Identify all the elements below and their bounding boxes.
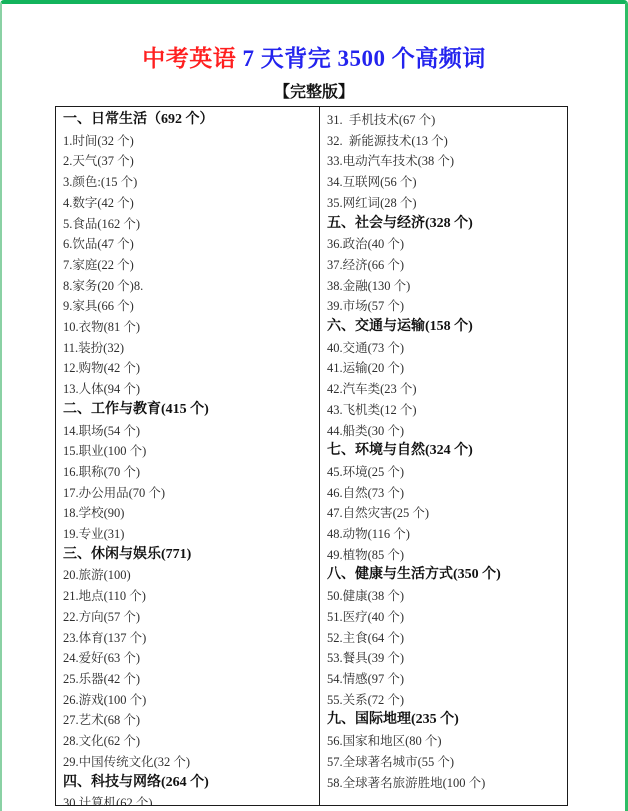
list-item: 55.关系(72 个): [327, 690, 563, 711]
list-item: 25.乐器(42 个): [63, 669, 315, 690]
table-column-left: 一、日常生活（692 个）1.时间(32 个)2.天气(37 个)3.颜色:(1…: [56, 107, 319, 805]
section-header: 九、国际地理(235 个): [327, 710, 563, 731]
list-item: 19.专业(31): [63, 524, 315, 545]
list-item: 37.经济(66 个): [327, 255, 563, 276]
list-item: 8.家务(20 个)8.: [63, 276, 315, 297]
list-item: 34.互联网(56 个): [327, 172, 563, 193]
list-item: 40.交通(73 个): [327, 338, 563, 359]
list-item: 33.电动汽车技术(38 个): [327, 151, 563, 172]
list-item: 31. 手机技术(67 个): [327, 110, 563, 131]
list-item: 20.旅游(100): [63, 565, 315, 586]
list-item: 57.全球著名城市(55 个): [327, 752, 563, 773]
list-item: 48.动物(116 个): [327, 524, 563, 545]
list-item: 6.饮品(47 个): [63, 234, 315, 255]
list-item: 47.自然灾害(25 个): [327, 503, 563, 524]
document-subtitle: 【完整版】: [0, 79, 628, 102]
list-item: 17.办公用品(70 个): [63, 483, 315, 504]
list-item: 46.自然(73 个): [327, 483, 563, 504]
list-item: 9.家具(66 个): [63, 296, 315, 317]
list-item: 14.职场(54 个): [63, 421, 315, 442]
section-header: 三、休闲与娱乐(771): [63, 545, 315, 566]
list-item: 3.颜色:(15 个): [63, 172, 315, 193]
list-item: 41.运输(20 个): [327, 358, 563, 379]
list-item: 30.计算机(62 个): [63, 793, 315, 805]
list-item: 56.国家和地区(80 个): [327, 731, 563, 752]
section-header: 一、日常生活（692 个）: [63, 110, 315, 131]
list-item: 12.购物(42 个): [63, 358, 315, 379]
list-item: 38.金融(130 个): [327, 276, 563, 297]
list-item: 39.市场(57 个): [327, 296, 563, 317]
list-item: 7.家庭(22 个): [63, 255, 315, 276]
list-item: 29.中国传统文化(32 个): [63, 752, 315, 773]
list-item: 49.植物(85 个): [327, 545, 563, 566]
document-title-red-text: 中考英语: [142, 46, 236, 71]
list-item: 45.环境(25 个): [327, 462, 563, 483]
list-item: 35.网红词(28 个): [327, 193, 563, 214]
list-item: 10.衣物(81 个): [63, 317, 315, 338]
table-column-right: 31. 手机技术(67 个)32. 新能源技术(13 个)33.电动汽车技术(3…: [319, 107, 567, 805]
section-header: 二、工作与教育(415 个): [63, 400, 315, 421]
list-item: 54.情感(97 个): [327, 669, 563, 690]
section-header: 七、环境与自然(324 个): [327, 441, 563, 462]
list-item: 36.政治(40 个): [327, 234, 563, 255]
category-table: 一、日常生活（692 个）1.时间(32 个)2.天气(37 个)3.颜色:(1…: [55, 106, 568, 806]
list-item: 28.文化(62 个): [63, 731, 315, 752]
list-item: 52.主食(64 个): [327, 628, 563, 649]
list-item: 51.医疗(40 个): [327, 607, 563, 628]
list-item: 4.数字(42 个): [63, 193, 315, 214]
list-item: 43.飞机类(12 个): [327, 400, 563, 421]
list-item: 23.体育(137 个): [63, 628, 315, 649]
section-header: 八、健康与生活方式(350 个): [327, 565, 563, 586]
list-item: 1.时间(32 个): [63, 131, 315, 152]
list-item: 13.人体(94 个): [63, 379, 315, 400]
section-header: 六、交通与运输(158 个): [327, 317, 563, 338]
list-item: 53.餐具(39 个): [327, 648, 563, 669]
list-item: 44.船类(30 个): [327, 421, 563, 442]
list-item: 27.艺术(68 个): [63, 710, 315, 731]
list-item: 16.职称(70 个): [63, 462, 315, 483]
list-item: 22.方向(57 个): [63, 607, 315, 628]
list-item: 21.地点(110 个): [63, 586, 315, 607]
list-item: 15.职业(100 个): [63, 441, 315, 462]
section-header: 五、社会与经济(328 个): [327, 214, 563, 235]
list-item: 32. 新能源技术(13 个): [327, 131, 563, 152]
document-title: 中考英语 7 天背完 3500 个高频词: [0, 40, 628, 73]
list-item: 18.学校(90): [63, 503, 315, 524]
section-header: 四、科技与网络(264 个): [63, 773, 315, 794]
list-item: 11.装扮(32): [63, 338, 315, 359]
list-item: 42.汽车类(23 个): [327, 379, 563, 400]
document-title-blue-text: 7 天背完 3500 个高频词: [236, 46, 486, 71]
list-item: 24.爱好(63 个): [63, 648, 315, 669]
list-item: 26.游戏(100 个): [63, 690, 315, 711]
list-item: 50.健康(38 个): [327, 586, 563, 607]
list-item: 5.食品(162 个): [63, 214, 315, 235]
list-item: 2.天气(37 个): [63, 151, 315, 172]
list-item: 58.全球著名旅游胜地(100 个): [327, 773, 563, 794]
